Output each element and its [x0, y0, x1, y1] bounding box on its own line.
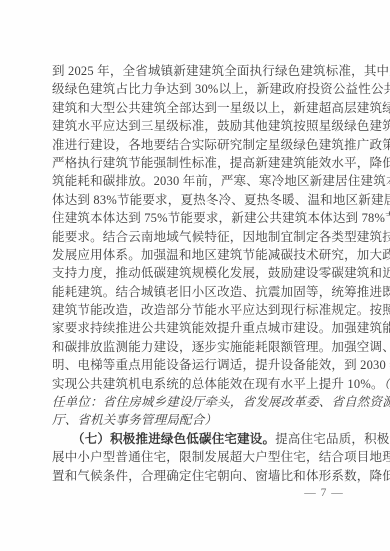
text-segment: （七）积极推进绿色低碳住宅建设。 [72, 432, 275, 446]
text-line: 住建筑本体达到 75%节能要求，新建公共建筑本体达到 78%节 [52, 209, 340, 227]
document-body: 到 2025 年，全省城镇新建建筑全面执行绿色建筑标准，其中星级绿色建筑占比力争… [52, 62, 340, 485]
text-line: 建筑水平应达到三星级标准，鼓励其他建筑按照星级绿色建筑标 [52, 117, 340, 135]
text-line: 到 2025 年，全省城镇新建建筑全面执行绿色建筑标准，其中星 [52, 62, 340, 80]
text-line: 任单位：省住房城乡建设厅牵头，省发展改革委、省自然资源 [52, 393, 340, 411]
text-line: （七）积极推进绿色低碳住宅建设。提高住宅品质，积极发 [52, 430, 340, 448]
text-segment: 体达到 83%节能要求，夏热冬冷、夏热冬暖、温和地区新建居 [52, 193, 390, 207]
text-segment: 住建筑本体达到 75%节能要求，新建公共建筑本体达到 78%节 [52, 211, 390, 225]
text-segment: 筑能耗和碳排放。2030 年前，严寒、寒冷地区新建居住建筑本 [52, 174, 390, 188]
text-line: 严格执行建筑节能强制性标准，提高新建建筑能效水平，降低建 [52, 154, 340, 172]
text-line: 发展应用体系。加强温和地区建筑节能减碳技术研究，加大政策 [52, 246, 340, 264]
text-segment: 严格执行建筑节能强制性标准，提高新建建筑能效水平，降低建 [52, 156, 390, 170]
text-segment: 厅、省机关事务管理局配合） [52, 412, 217, 427]
text-line: 能要求。结合云南地域气候特征，因地制宜制定各类型建筑技术 [52, 228, 340, 246]
text-line: 厅、省机关事务管理局配合） [52, 411, 340, 429]
text-line: 展中小户型普通住宅，限制发展超大户型住宅，结合项目地理位 [52, 448, 340, 466]
text-line: 明、电梯等重点用能设备运行调适，提升设备能效，到 2030 年 [52, 356, 340, 374]
text-segment: 能耗建筑。结合城镇老旧小区改造、抗震加固等，统筹推进既有 [52, 285, 390, 299]
text-segment: 和碳排放监测能力建设，逐步实施能耗限额管理。加强空调、照 [52, 340, 390, 354]
text-segment: （责 [384, 376, 390, 391]
text-segment: 明、电梯等重点用能设备运行调适，提升设备能效，到 2030 年 [52, 358, 390, 372]
text-segment: 准进行建设，各地要结合实际研究制定星级绿色建筑推广政策。 [52, 138, 390, 152]
text-line: 级绿色建筑占比力争达到 30%以上，新建政府投资公益性公共 [52, 80, 340, 98]
text-segment: 实现公共建筑机电系统的总体能效在现有水平上提升 10%。 [52, 377, 384, 391]
text-segment: 家要求持续推进公共建筑能效提升重点城市建设。加强建筑能耗 [52, 321, 390, 335]
text-segment: 能要求。结合云南地域气候特征，因地制宜制定各类型建筑技术 [52, 230, 390, 244]
text-line: 建筑和大型公共建筑全部达到一星级以上，新建超高层建筑绿色 [52, 99, 340, 117]
text-line: 和碳排放监测能力建设，逐步实施能耗限额管理。加强空调、照 [52, 338, 340, 356]
text-segment: 建筑节能改造，改造部分节能水平应达到现行标准规定。按照国 [52, 303, 390, 317]
page-number: — 7 — [288, 487, 360, 499]
text-segment: 任单位：省住房城乡建设厅牵头，省发展改革委、省自然资源 [52, 394, 390, 409]
text-segment: 置和气候条件，合理确定住宅朝向、窗墙比和体形系数，降低住 [52, 469, 390, 483]
text-line: 体达到 83%节能要求，夏热冬冷、夏热冬暖、温和地区新建居 [52, 191, 340, 209]
text-segment: 到 2025 年，全省城镇新建建筑全面执行绿色建筑标准，其中星 [52, 64, 390, 78]
text-segment: 发展应用体系。加强温和地区建筑节能减碳技术研究，加大政策 [52, 248, 390, 262]
text-line: 家要求持续推进公共建筑能效提升重点城市建设。加强建筑能耗 [52, 319, 340, 337]
text-segment: 提高住宅品质，积极发 [275, 432, 390, 446]
text-line: 置和气候条件，合理确定住宅朝向、窗墙比和体形系数，降低住 [52, 467, 340, 485]
text-segment: 建筑和大型公共建筑全部达到一星级以上，新建超高层建筑绿色 [52, 101, 390, 115]
text-line: 建筑节能改造，改造部分节能水平应达到现行标准规定。按照国 [52, 301, 340, 319]
text-line: 支持力度，推动低碳建筑规模化发展，鼓励建设零碳建筑和近零 [52, 264, 340, 282]
text-segment: 展中小户型普通住宅，限制发展超大户型住宅，结合项目地理位 [52, 450, 390, 464]
text-segment: 级绿色建筑占比力争达到 30%以上，新建政府投资公益性公共 [52, 82, 390, 96]
text-line: 实现公共建筑机电系统的总体能效在现有水平上提升 10%。（责 [52, 375, 340, 393]
document-page: 到 2025 年，全省城镇新建建筑全面执行绿色建筑标准，其中星级绿色建筑占比力争… [0, 0, 390, 551]
text-line: 能耗建筑。结合城镇老旧小区改造、抗震加固等，统筹推进既有 [52, 283, 340, 301]
text-line: 筑能耗和碳排放。2030 年前，严寒、寒冷地区新建居住建筑本 [52, 172, 340, 190]
text-segment: 建筑水平应达到三星级标准，鼓励其他建筑按照星级绿色建筑标 [52, 119, 390, 133]
text-segment: 支持力度，推动低碳建筑规模化发展，鼓励建设零碳建筑和近零 [52, 266, 390, 280]
text-line: 准进行建设，各地要结合实际研究制定星级绿色建筑推广政策。 [52, 136, 340, 154]
